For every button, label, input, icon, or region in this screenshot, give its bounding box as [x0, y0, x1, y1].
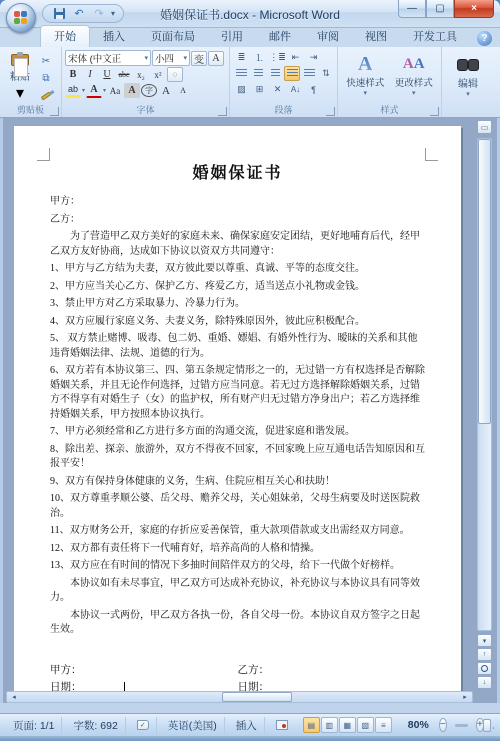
multilevel-list-button[interactable]: ⋮≣ [269, 50, 286, 65]
paragraph: 12、双方都有责任将下一代哺育好，培养高尚的人格和情操。 [50, 542, 425, 557]
zoom-out-button[interactable]: − [439, 718, 447, 732]
align-left-icon [236, 69, 247, 78]
superscript-button[interactable]: x² [150, 67, 166, 82]
document-body: 甲方： 乙方： 为了营造甲乙双方美好的家庭未来、确保家庭安定团结，更好地哺育后代… [50, 195, 425, 638]
bold-button[interactable]: B [65, 67, 81, 82]
pinyin-guide-button[interactable]: 变 [191, 51, 207, 66]
paragraph: 2、甲方应当关心乙方、保护乙方、疼爱乙方，适当送点小礼物或金钱。 [50, 280, 425, 295]
scroll-left-button[interactable]: ◂ [7, 692, 21, 702]
asian-layout-button[interactable]: ✕ [269, 82, 286, 97]
styles-group: A 快速样式 ▾ AA 更改样式 ▾ 样式 [338, 47, 442, 117]
editing-group: 编辑 ▾ [442, 47, 494, 117]
enclose-char-button[interactable]: 字 [141, 84, 157, 97]
ruler-toggle-icon[interactable]: ▭ [477, 120, 492, 134]
paragraph: 5、 双方禁止赌博、吸毒、包二奶、重婚、嫖娼、有婚外性行为、暧昧的关系和其他违背… [50, 332, 425, 361]
strikethrough-button[interactable]: abc [116, 67, 132, 82]
zoom-slider[interactable] [455, 724, 468, 727]
font-color-button[interactable]: A [86, 83, 102, 98]
distribute-icon [304, 69, 315, 78]
horizontal-scroll-thumb[interactable] [222, 692, 292, 702]
grow-font-button[interactable]: A [158, 83, 174, 98]
maximize-button[interactable]: ▢ [426, 0, 454, 18]
cut-button[interactable]: ✂ [37, 54, 55, 69]
document-page[interactable]: 婚姻保证书 甲方： 乙方： 为了营造甲乙双方美好的家庭未来、确保家庭安定团结，更… [14, 126, 461, 694]
increase-indent-button[interactable]: ⇥ [305, 50, 322, 65]
paragraph: 7、甲方必须经常和乙方进行多方面的沟通交流，促进家庭和谐发展。 [50, 425, 425, 440]
decrease-indent-button[interactable]: ⇤ [287, 50, 304, 65]
font-size-combo[interactable]: 小四▾ [152, 50, 190, 66]
format-painter-icon [41, 91, 51, 100]
borders-button[interactable]: ⊞ [251, 82, 268, 97]
tab-developer[interactable]: 开发工具 [400, 26, 470, 47]
window-controls: — ▢ × [398, 0, 494, 18]
paragraph: 3、禁止甲方对乙方采取暴力、冷暴力行为。 [50, 297, 425, 312]
paragraph: 10、双方尊重孝顺公婆、岳父母、赡养父母，关心姐妹弟，父母生病要及时送医院救治。 [50, 492, 425, 521]
previous-page-button[interactable]: ↑ [477, 648, 492, 661]
styles-dialog-launcher[interactable] [430, 107, 439, 116]
clear-formatting-button[interactable]: ◌ [167, 67, 183, 82]
word-count[interactable]: 字数: 692 [66, 717, 125, 734]
word-window: ↶ ↷ ▾ 婚姻保证书.docx - Microsoft Word — ▢ × … [0, 0, 500, 741]
chevron-down-icon: ▾ [183, 54, 187, 62]
vertical-scroll-thumb[interactable] [478, 139, 491, 424]
paragraph: 8、除出差、探亲、旅游外，双方不得夜不回家，不回家晚上应互通电话告知原因和互报平… [50, 443, 425, 472]
change-styles-button[interactable]: AA 更改样式 ▾ [390, 50, 438, 104]
align-right-icon [271, 69, 280, 78]
tab-insert[interactable]: 插入 [90, 26, 138, 47]
tab-home[interactable]: 开始 [40, 25, 90, 47]
paragraph-dialog-launcher[interactable] [326, 107, 335, 116]
chevron-down-icon: ▾ [412, 89, 416, 97]
ribbon-tab-bar: 开始 插入 页面布局 引用 邮件 审阅 视图 开发工具 [0, 28, 500, 47]
party-b-label: 乙方： [238, 662, 426, 679]
select-browse-object-button[interactable] [477, 662, 492, 675]
paragraph: 甲方： [50, 195, 425, 210]
chevron-down-icon: ▾ [363, 89, 367, 97]
office-logo-icon [14, 11, 28, 25]
next-page-button[interactable]: ↓ [477, 676, 492, 689]
text-highlight-button[interactable]: ab [65, 83, 81, 98]
document-area: 婚姻保证书 甲方： 乙方： 为了营造甲乙双方美好的家庭未来、确保家庭安定团结，更… [0, 118, 500, 703]
paragraph: 11、双方财务公开，家庭的存折应妥善保管，重大款项借款或支出需经双方同意。 [50, 524, 425, 539]
paste-icon [11, 54, 29, 66]
copy-button[interactable]: ⧉ [37, 71, 55, 86]
web-layout-view-button[interactable]: ▦ [339, 717, 356, 733]
zoom-level[interactable]: 80% [402, 719, 435, 731]
title-bar: ↶ ↷ ▾ 婚姻保证书.docx - Microsoft Word — ▢ × [0, 0, 500, 28]
paragraph: 13、双方应在有时间的情况下多抽时间陪伴双方的父母，给下一代做个好榜样。 [50, 559, 425, 574]
paragraph: 乙方： [50, 213, 425, 228]
language-status[interactable]: 英语(美国) [161, 717, 225, 734]
paste-dropdown-icon[interactable]: ▾ [16, 83, 24, 103]
char-shading-button[interactable]: A [124, 83, 140, 98]
browse-object-icon [481, 665, 488, 672]
paragraph: 6、双方若有本协议第三、四、第五条规定情形之一的，无过错一方有权选择是否解除婚姻… [50, 364, 425, 422]
bullets-button[interactable]: ≣ [233, 50, 250, 65]
office-button[interactable] [6, 3, 36, 33]
show-hide-marks-button[interactable]: ¶ [305, 82, 322, 97]
horizontal-scrollbar[interactable]: ◂ ▸ [6, 691, 473, 703]
horizontal-scroll-track[interactable] [21, 692, 458, 702]
insert-mode-status[interactable]: 插入 [229, 717, 265, 734]
view-switcher: ▤ ▥ ▦ ▧ ≡ [303, 717, 392, 733]
font-group: 宋体 (中文正▾ 小四▾ 变 A B I U abc x₂ x² ◌ ab▾ A… [62, 47, 230, 117]
margin-crop-mark [425, 148, 438, 161]
party-a-label: 甲方： [50, 662, 238, 679]
subscript-button[interactable]: x₂ [133, 67, 149, 82]
align-right-button[interactable] [267, 66, 283, 81]
paragraph: 本协议如有未尽事宜，甲乙双方可达成补充协议，补充协议与本协议具有同等效力。 [50, 577, 425, 606]
tab-review[interactable]: 审阅 [304, 26, 352, 47]
paste-button[interactable]: 粘贴 ▾ [3, 50, 37, 104]
numbering-button[interactable]: ⒈ [251, 50, 268, 65]
chevron-down-icon: ▾ [466, 90, 470, 98]
spell-check-status[interactable]: ✓ [130, 717, 157, 734]
align-left-button[interactable] [233, 66, 249, 81]
ribbon: 粘贴 ▾ ✂ ⧉ 剪贴板 宋体 (中文正▾ 小四▾ 变 A [0, 47, 500, 118]
page-indicator[interactable]: 页面: 1/1 [6, 717, 62, 734]
change-styles-icon: AA [403, 53, 425, 75]
distribute-button[interactable] [301, 66, 317, 81]
vertical-scrollbar[interactable]: ▭ ▾ ↑ ↓ [476, 120, 493, 689]
status-bar: 页面: 1/1 字数: 692 ✓ 英语(美国) 插入 ▤ ▥ ▦ ▧ ≡ 80… [0, 713, 500, 736]
spell-check-icon: ✓ [137, 720, 149, 730]
tab-references[interactable]: 引用 [208, 26, 256, 47]
editing-button[interactable]: 编辑 ▾ [452, 50, 484, 101]
window-bottom-edge [0, 736, 500, 741]
shading-button[interactable]: ▨ [233, 82, 250, 97]
char-border-button[interactable]: A [208, 51, 224, 66]
scroll-down-button[interactable]: ▾ [477, 634, 492, 647]
paragraph: 4、双方应履行家庭义务、夫妻义务，除特殊原因外，彼此应积极配合。 [50, 315, 425, 330]
full-screen-reading-view-button[interactable]: ▥ [321, 717, 338, 733]
font-name-combo[interactable]: 宋体 (中文正▾ [65, 50, 151, 66]
quick-styles-icon: A [358, 53, 372, 75]
line-spacing-button[interactable]: ⇅ [318, 66, 334, 81]
paragraph: 为了营造甲乙双方美好的家庭未来、确保家庭安定团结，更好地哺育后代，经甲乙双方友好… [50, 230, 425, 259]
print-layout-view-button[interactable]: ▤ [303, 717, 320, 733]
tab-view[interactable]: 视图 [352, 26, 400, 47]
align-center-icon [254, 69, 263, 78]
change-case-button[interactable]: Aa [107, 83, 123, 98]
justify-icon [287, 69, 298, 78]
paragraph: 1、甲方与乙方结为夫妻，双方彼此要以尊重、真诚、平等的态度交往。 [50, 262, 425, 277]
paragraph-group: ≣ ⒈ ⋮≣ ⇤ ⇥ ⇅ ▨ ⊞ ✕ A↓ ¶ 段落 [230, 47, 338, 117]
minimize-button[interactable]: — [398, 0, 426, 18]
tab-mailings[interactable]: 邮件 [256, 26, 304, 47]
resize-grip[interactable] [492, 720, 494, 730]
outline-view-button[interactable]: ▧ [357, 717, 374, 733]
clipboard-group: 粘贴 ▾ ✂ ⧉ 剪贴板 [0, 47, 62, 117]
clipboard-dialog-launcher[interactable] [50, 107, 59, 116]
help-icon[interactable]: ? [477, 31, 492, 46]
zoom-slider-thumb[interactable] [483, 719, 491, 732]
find-binoculars-icon [457, 57, 479, 71]
scroll-right-button[interactable]: ▸ [458, 692, 472, 702]
quick-styles-button[interactable]: A 快速样式 ▾ [341, 50, 389, 104]
justify-button[interactable] [284, 66, 300, 81]
draft-view-button[interactable]: ≡ [375, 717, 392, 733]
macro-record-button[interactable] [269, 717, 295, 734]
macro-record-icon [276, 720, 288, 730]
paragraph: 9、双方有保持身体健康的义务，生病、住院应相互关心和扶助！ [50, 475, 425, 490]
chevron-down-icon: ▾ [144, 54, 148, 62]
close-button[interactable]: × [454, 0, 494, 18]
paragraph: 本协议一式两份，甲乙双方各执一份，各自父母一份。本协议自双方签字之日起生效。 [50, 609, 425, 638]
document-title: 婚姻保证书 [50, 160, 425, 183]
signature-block: 甲方： 日期： 乙方： 日期： [50, 662, 425, 695]
align-center-button[interactable] [250, 66, 266, 81]
underline-button[interactable]: U [99, 67, 115, 82]
format-painter-button[interactable] [37, 88, 55, 103]
sort-button[interactable]: A↓ [287, 82, 304, 97]
tab-page-layout[interactable]: 页面布局 [138, 26, 208, 47]
font-dialog-launcher[interactable] [218, 107, 227, 116]
margin-crop-mark [37, 148, 50, 161]
vertical-scroll-track[interactable] [477, 138, 492, 631]
italic-button[interactable]: I [82, 67, 98, 82]
shrink-font-button[interactable]: A [175, 83, 191, 98]
